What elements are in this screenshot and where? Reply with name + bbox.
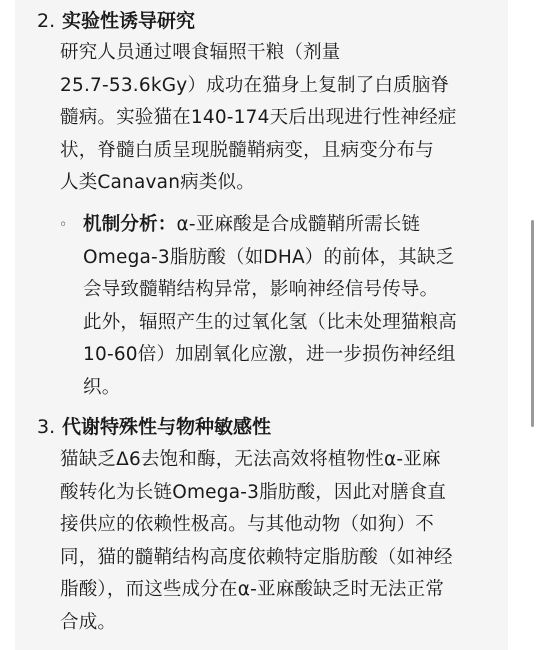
bullet-line: 织。 <box>83 372 457 405</box>
body-line: 同，猫的髓鞘结构高度依赖特定脂肪酸（如神经 <box>60 542 453 575</box>
section-3-title: 代谢特殊性与物种敏感性 <box>62 416 271 438</box>
body-line: 接供应的依赖性极高。与其他动物（如狗）不 <box>60 509 453 542</box>
mechanism-bullet: 机制分析：α-亚麻酸是合成髓鞘所需长链 Omega-3脂肪酸（如DHA）的前体，… <box>83 209 457 404</box>
body-line: 状，脊髓白质呈现脱髓鞘病变，且病变分布与 <box>60 135 457 168</box>
body-line: 合成。 <box>60 607 453 640</box>
section-2-body: 研究人员通过喂食辐照干粮（剂量 25.7-53.6kGy）成功在猫身上复制了白质… <box>60 37 457 200</box>
section-2-heading: 2.实验性诱导研究 <box>37 7 195 35</box>
section-3-number: 3. <box>37 413 62 441</box>
body-line: 脂酸），而这些成分在α-亚麻酸缺乏时无法正常 <box>60 574 453 607</box>
body-line: 25.7-53.6kGy）成功在猫身上复制了白质脑脊 <box>60 70 457 103</box>
section-3-body: 猫缺乏Δ6去饱和酶，无法高效将植物性α-亚麻 酸转化为长链Omega-3脂肪酸，… <box>60 444 453 639</box>
body-line: 人类Canavan病类似。 <box>60 167 457 200</box>
bullet-line: 10-60倍）加剧氧化应激，进一步损伤神经组 <box>83 339 457 372</box>
section-2-title: 实验性诱导研究 <box>62 10 195 32</box>
vertical-scrollbar[interactable] <box>531 220 534 427</box>
bullet-line: Omega-3脂肪酸（如DHA）的前体，其缺乏 <box>83 242 457 275</box>
bullet-label: 机制分析： <box>83 214 177 235</box>
section-2-number: 2. <box>37 7 62 35</box>
section-3-heading: 3.代谢特殊性与物种敏感性 <box>37 413 271 441</box>
bullet-line: α-亚麻酸是合成髓鞘所需长链 <box>177 214 421 235</box>
bullet-line: 此外，辐照产生的过氧化氢（比未处理猫粮高 <box>83 307 457 340</box>
body-line: 酸转化为长链Omega-3脂肪酸，因此对膳食直 <box>60 477 453 510</box>
body-line: 猫缺乏Δ6去饱和酶，无法高效将植物性α-亚麻 <box>60 444 453 477</box>
bullet-marker-icon: ◦ <box>59 217 67 233</box>
bullet-line: 会导致髓鞘结构异常，影响神经信号传导。 <box>83 274 457 307</box>
body-line: 研究人员通过喂食辐照干粮（剂量 <box>60 37 457 70</box>
body-line: 髓病。实验猫在140-174天后出现进行性神经症 <box>60 102 457 135</box>
